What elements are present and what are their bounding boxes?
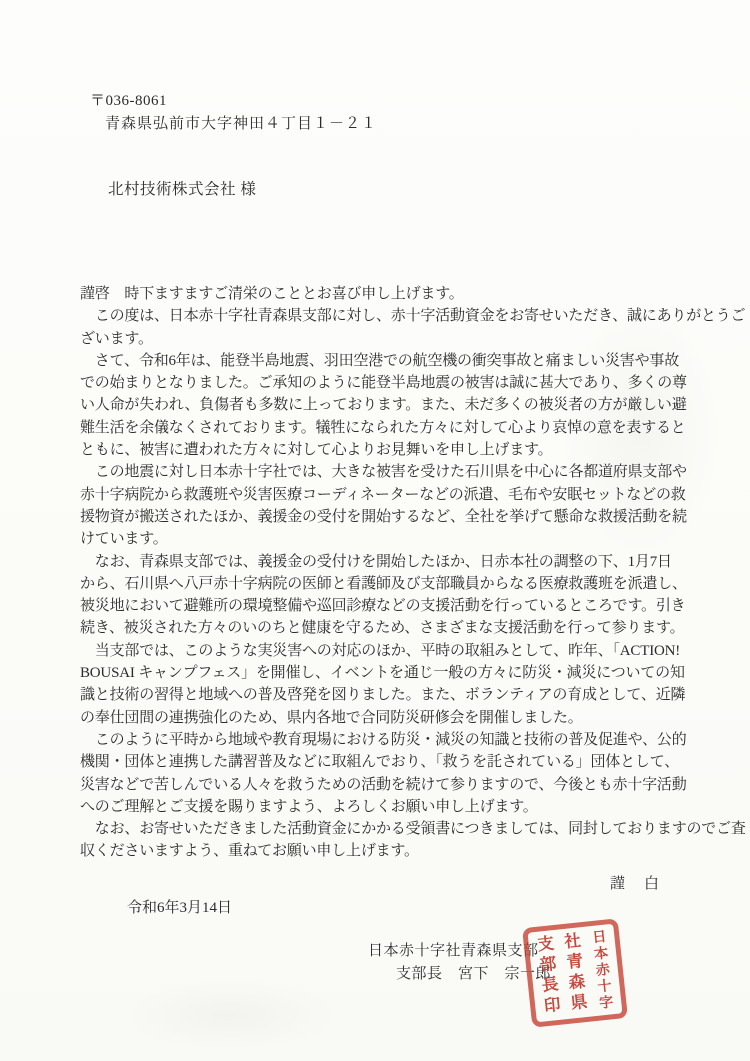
body-line: なお、お寄せいただきました活動資金にかかる受領書につきましては、同封しております… [80, 818, 672, 840]
seal-text: 日本赤十字社青森県支部長印 [531, 926, 620, 1020]
closing-salutation: 謹 白 [610, 872, 661, 893]
body-line: この地震に対し日本赤十字社では、大きな被害を受けた石川県を中心に各都道府県支部や [80, 461, 672, 483]
body-line: 続き、被災された方々のいのちと健康を守るため、さまざまな支援活動を行って参ります… [80, 617, 672, 639]
body-line: 被災地において避難所の環境整備や巡回診療などの支援活動を行っているところです。引… [80, 595, 672, 617]
body-line: BOUSAI キャンプフェス」を開催し、イベントを通じ一般の方々に防災・減災につ… [80, 662, 672, 684]
body-line: この度は、日本赤十字社青森県支部に対し、赤十字活動資金をお寄せいただき、誠にあり… [80, 305, 672, 327]
body-line: さて、令和6年は、能登半島地震、羽田空港での航空機の衝突事故と痛ましい災害や事故 [80, 350, 672, 372]
body-line: ざいます。 [80, 328, 672, 350]
body-line: 謹啓 時下ますますご清栄のこととお喜び申し上げます。 [80, 283, 672, 305]
body-line: 識と技術の習得と地域への普及啓発を図りました。また、ボランティアの育成として、近… [80, 684, 672, 706]
body-line: から、石川県へ八戸赤十字病院の医師と看護師及び支部職員からなる医療救護班を派遣し… [80, 573, 672, 595]
body-line: けています。 [80, 528, 672, 550]
body-line: へのご理解とご支援を賜りますよう、よろしくお願い申し上げます。 [80, 796, 672, 818]
body-line: の奉仕団間の連携強化のため、県内各地で合同防災研修会を開催しました。 [80, 707, 672, 729]
recipient-address: 青森県弘前市大字神田４丁目１－２１ [105, 112, 377, 133]
body-line: このように平時から地域や教育現場における防災・減災の知識と技術の普及促進や、公的 [80, 729, 672, 751]
letter-date: 令和6年3月14日 [127, 896, 232, 917]
scan-smudge [120, 980, 340, 1050]
branch-president-seal-stamp: 日本赤十字社青森県支部長印 [522, 918, 628, 1027]
body-line: 機関・団体と連携した講習普及などに取組んでおり、「救うを託されている」団体として… [80, 751, 672, 773]
body-line: 赤十字病院から救護班や災害医療コーディネーターなどの派遣、毛布や安眠セットなどの… [80, 484, 672, 506]
body-line: での始まりとなりました。ご承知のように能登半島地震の被害は誠に甚大であり、多くの… [80, 372, 672, 394]
body-line: い人命が失われ、負傷者も多数に上っております。また、未だ多くの被災者の方が厳しい… [80, 394, 672, 416]
body-line: 災害などで苦しんでいる人々を救うための活動を続けて参りますので、今後とも赤十字活… [80, 774, 672, 796]
scanned-letter-page: 〒036-8061 青森県弘前市大字神田４丁目１－２１ 北村技術株式会社 様 謹… [0, 0, 750, 1061]
recipient-postal-code: 〒036-8061 [90, 89, 167, 110]
body-line: ともに、被害に遭われた方々に対して心よりお見舞いを申し上げます。 [80, 439, 672, 461]
organization-name: 日本赤十字社青森県支部 [368, 939, 539, 960]
body-line: 収くださいますよう、重ねてお願い申し上げます。 [80, 840, 672, 862]
body-line: 難生活を余儀なくされております。犠牲になられた方々に対して心より哀悼の意を表する… [80, 417, 672, 439]
body-line: 当支部では、このような実災害への対応のほか、平時の取組みとして、昨年、「ACTI… [80, 640, 672, 662]
body-line: 援物資が搬送されたほか、義援金の受付を開始するなど、全社を挙げて懸命な救援活動を… [80, 506, 672, 528]
recipient-name: 北村技術株式会社 様 [108, 177, 256, 199]
letter-body: 謹啓 時下ますますご清栄のこととお喜び申し上げます。 この度は、日本赤十字社青森… [80, 283, 672, 863]
body-line: なお、青森県支部では、義援金の受付けを開始したほか、日赤本社の調整の下、1月7日 [80, 551, 672, 573]
